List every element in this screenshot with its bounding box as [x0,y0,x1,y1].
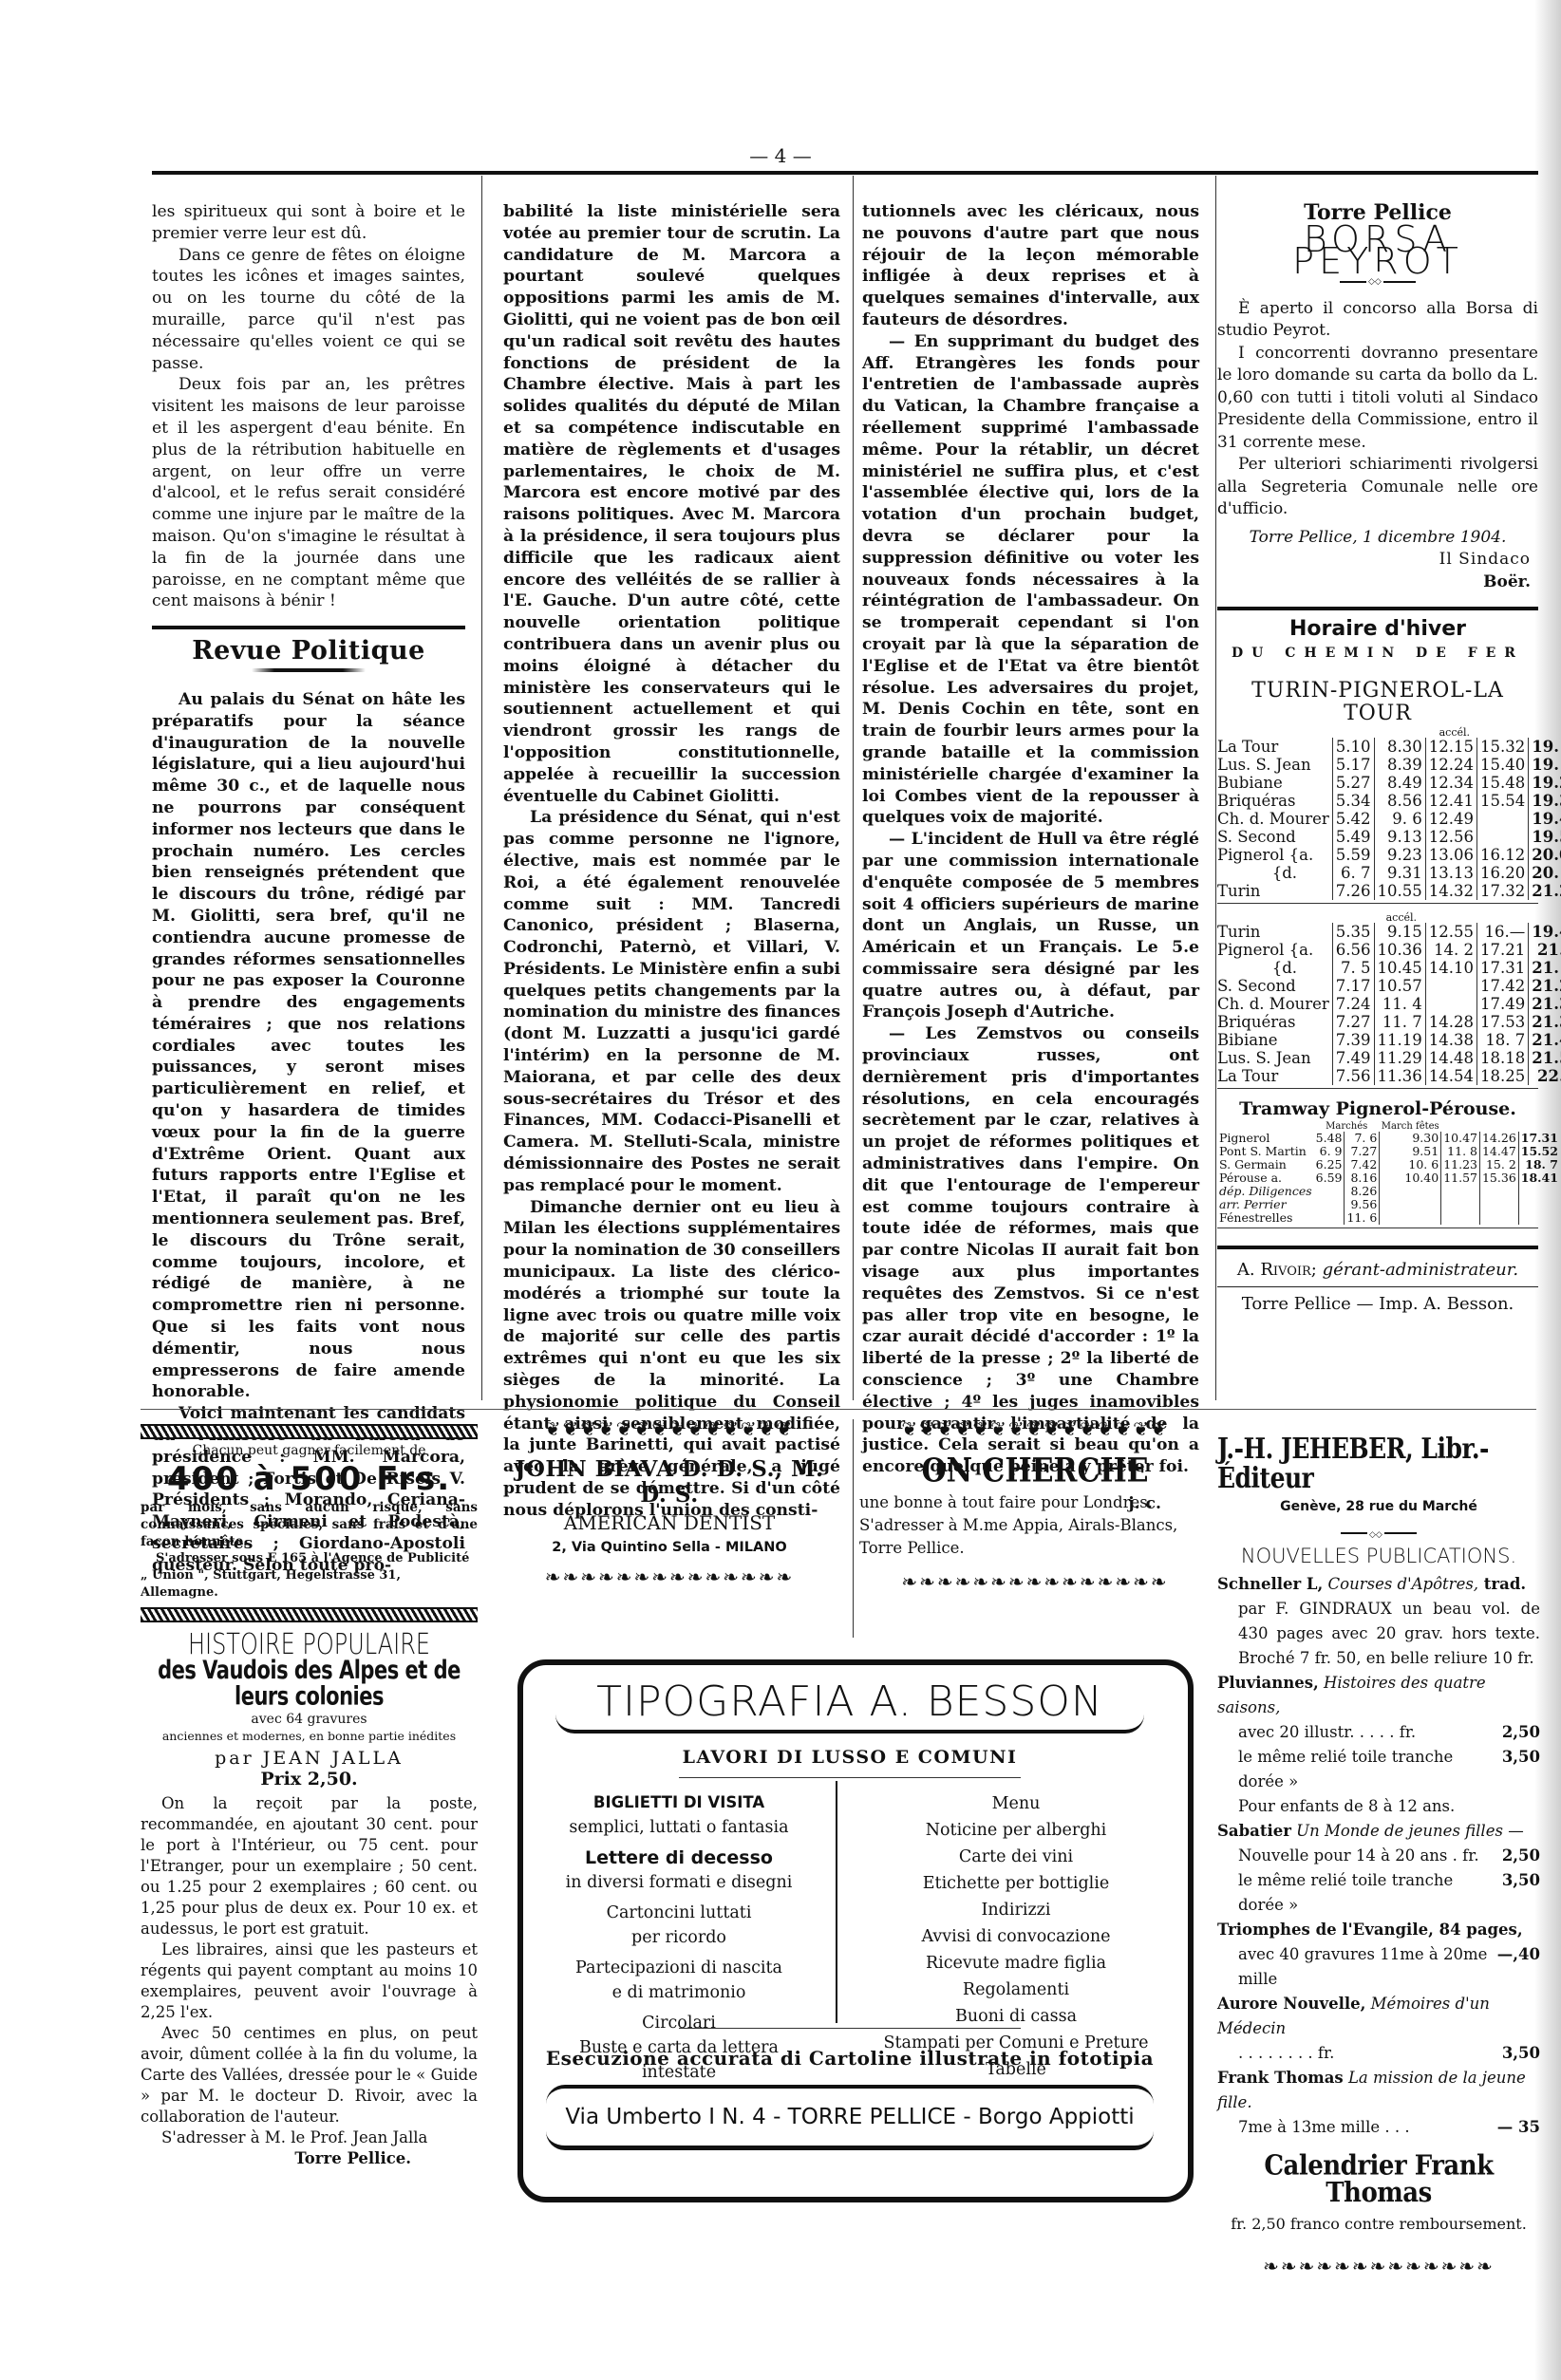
station-name: {d. [1217,959,1332,977]
tram-time: 10. 6 [1380,1158,1441,1171]
ad-money-contact: S'adresser sous E 165 à l'Agence de Publ… [141,1550,478,1602]
departure-time: 19.46 [1529,810,1561,828]
borsa-date: Torre Pellice, 1 dicembre 1904. [1217,527,1538,550]
paragraph: On la reçoit par la poste, recommandée, … [141,1793,478,1940]
tram-row: Pont S. Martin6. 97.279.5111. 814.4715.5… [1217,1145,1560,1158]
service-item: Etichette per bottiglie [869,1870,1163,1897]
departure-time: 9.13 [1374,828,1425,846]
timetable-row: Turin7.2610.5514.3217.3221.28 [1217,882,1561,900]
publication-head: Sabatier Un Monde de jeunes filles — [1217,1819,1540,1844]
tram-time: 9.30 [1380,1132,1441,1145]
tram-time [1314,1198,1345,1211]
section-rule [1217,607,1538,610]
cherche-body: une bonne à tout faire pour Londres. S'a… [859,1491,1211,1560]
departure-time: 21.28 [1529,882,1561,900]
section-rule [1217,1246,1538,1249]
departure-time: 12.34 [1425,774,1476,792]
service-item: in diversi formati e disegni [536,1870,821,1895]
departure-time: 14.10 [1425,959,1476,977]
departure-time: 13.06 [1425,846,1476,864]
departure-time [1425,977,1476,995]
service-item: Noticine per alberghi [869,1817,1163,1844]
station-name: {d. [1217,864,1332,882]
departure-time: 19.18 [1529,756,1561,774]
tram-time: 10.40 [1380,1171,1441,1185]
accel-label: accél. [1217,728,1538,738]
station-name: Ch. d. Mourer [1217,810,1332,828]
column-1: les spiritueux qui sont à boire et le pr… [152,201,465,1577]
service-item: per ricordo [536,1925,821,1950]
manager-name: A. Rivoir [1237,1260,1311,1280]
timetable-return: Turin5.359.1512.5516.—19.40Pignerol {a.6… [1217,923,1561,1085]
timetable-row: La Tour7.5611.3614.5418.2522. 6 [1217,1067,1561,1085]
departure-time: 14.32 [1425,882,1476,900]
rule [679,2028,1021,2029]
tram-time: 14.26 [1479,1132,1518,1145]
departure-time: 7.24 [1332,995,1374,1013]
calendar-subtitle: fr. 2,50 franco contre remboursement. [1217,2212,1540,2237]
departure-time [1477,828,1529,846]
station-name: Bibiane [1217,1031,1332,1049]
departure-time: 7.56 [1332,1067,1374,1085]
paragraph: I concorrenti dovranno presentare le lor… [1217,343,1538,455]
service-item: Lettere di decesso [536,1846,821,1870]
tram-time: 15.52 [1518,1145,1560,1158]
service-item: e di matrimonio [536,1980,821,2005]
departure-time: 20.12 [1529,864,1561,882]
publication-price-line: 7me à 13me mille . . .— 35 [1217,2115,1540,2140]
publication-price-line: Nouvelle pour 14 à 20 ans . fr.2,50 [1217,1844,1540,1868]
departure-time: 11. 7 [1374,1013,1425,1031]
paragraph: — En supprimant du budget des Aff. Etran… [862,331,1199,829]
paragraph: Per ulteriori schiarimenti rivolgersi al… [1217,454,1538,521]
station-name: La Tour [1217,1067,1332,1085]
timetable-row: Bubiane5.278.4912.3415.4819.29 [1217,774,1561,792]
departure-time: 10.45 [1374,959,1425,977]
tram-row: arr. Perrier9.56 [1217,1198,1560,1211]
publication-head: Aurore Nouvelle, Mémoires d'un Médecin [1217,1992,1540,2041]
tram-time: 9.56 [1345,1198,1380,1211]
departure-time: 9.15 [1374,923,1425,941]
station-name: Turin [1217,923,1332,941]
tram-time [1314,1185,1345,1198]
departure-time: 16.12 [1477,846,1529,864]
header-rule [152,171,1538,175]
section-rule [152,626,465,629]
publication-price-line: le même relié toile tranche dorée »3,50 [1217,1868,1540,1918]
tram-time [1479,1185,1518,1198]
publication-head: Triomphes de l'Evangile, 84 pages, [1217,1918,1540,1942]
section-title: Revue Politique [152,641,465,663]
station-name: Fénestrelles [1217,1211,1314,1225]
publication-head: Pluviannes, Histoires des quatre saisons… [1217,1671,1540,1720]
horaire-subtitle: DU CHEMIN DE FER [1217,643,1538,665]
hatched-border [141,1607,478,1622]
ad-left: Chacun peut gagner facilement de 400 à 5… [141,1424,478,2169]
page-number: — 4 — [0,144,1561,167]
departure-time: 21.33 [1529,1013,1561,1031]
tram-time [1380,1198,1441,1211]
departure-time: 14.48 [1425,1049,1476,1067]
tram-time [1479,1211,1518,1225]
tram-row: dép. Diligences8.26 [1217,1185,1560,1198]
departure-time: 17.53 [1477,1013,1529,1031]
departure-time: 14.38 [1425,1031,1476,1049]
departure-time: 11.29 [1374,1049,1425,1067]
accel-label: accél. [1217,913,1538,923]
departure-time: 19.53 [1529,828,1561,846]
station-name: Turin [1217,882,1332,900]
tram-time [1380,1185,1441,1198]
departure-time: 14.54 [1425,1067,1476,1085]
departure-time: 5.59 [1332,846,1374,864]
publication-detail: Pour enfants de 8 à 12 ans. [1217,1794,1540,1819]
departure-time: 12.56 [1425,828,1476,846]
departure-time: 8.56 [1374,792,1425,810]
departure-time: 12.55 [1425,923,1476,941]
departure-time: 9.23 [1374,846,1425,864]
departure-time: 17.32 [1477,882,1529,900]
timetable-row: Lus. S. Jean7.4911.2914.4818.1821.59 [1217,1049,1561,1067]
publication-head: Schneller L, Courses d'Apôtres, trad. [1217,1572,1540,1597]
service-item: Menu [869,1790,1163,1817]
station-name: Ch. d. Mourer [1217,995,1332,1013]
service-item: Indirizzi [869,1897,1163,1923]
station-name: Briquéras [1217,792,1332,810]
tram-time: 17.31 [1518,1132,1560,1145]
tram-time: 6. 9 [1314,1145,1345,1158]
departure-time: 11. 4 [1374,995,1425,1013]
departure-time: 14.28 [1425,1013,1476,1031]
timetable-row: Briquéras7.2711. 714.2817.5321.33 [1217,1013,1561,1031]
departure-time: 13.13 [1425,864,1476,882]
departure-time: 7.39 [1332,1031,1374,1049]
tram-time [1518,1185,1560,1198]
paragraph: Dans ce genre de fêtes on éloigne toutes… [152,245,465,375]
timetable-outbound: La Tour5.108.3012.1515.3219.10Lus. S. Je… [1217,738,1561,900]
departure-time: 22. 6 [1529,1067,1561,1085]
departure-time: 5.35 [1332,923,1374,941]
paragraph: Au palais du Sénat on hâte les préparati… [152,689,465,1403]
calendar-title: Calendrier Frank Thomas [1217,2152,1540,2206]
service-item: Circolari [536,2011,821,2035]
service-item: Carte dei vini [869,1844,1163,1870]
station-name: dép. Diligences [1217,1185,1314,1198]
timetable-row: Pignerol {a.5.599.2313.0616.1220.03 [1217,846,1561,864]
besson-subtitle: LAVORI DI LUSSO E COMUNI [498,1747,1201,1768]
tram-time: 9.51 [1380,1145,1441,1158]
ad-on-cherche: ❦❦❦❦❦❦❦❦❦❦❦❦❦❦❦ ON CHERCHE une bonne à t… [859,1416,1211,1594]
column-rule [853,1419,854,1638]
timetable-row: Ch. d. Mourer7.2411. 417.4921.30 [1217,995,1561,1013]
timetable-row: Ch. d. Mourer5.429. 612.4919.46 [1217,810,1561,828]
service-item: semplici, luttati o fantasia [536,1815,821,1840]
timetable-row: S. Second7.1710.5717.4221.23 [1217,977,1561,995]
horaire-title: Horaire d'hiver [1217,618,1538,641]
tram-time: 7.42 [1345,1158,1380,1171]
service-item: Ricevute madre figlia [869,1950,1163,1977]
departure-time: 19.36 [1529,792,1561,810]
departure-time: 5.42 [1332,810,1374,828]
departure-time: 15.54 [1477,792,1529,810]
service-item: Buoni di cassa [869,2003,1163,2030]
table-rule [1217,903,1538,904]
march-fetes-header: March fêtes [1380,1121,1441,1132]
rule [679,1777,1021,1778]
publication-entry: Pluviannes, Histoires des quatre saisons… [1217,1671,1540,1819]
station-name: Briquéras [1217,1013,1332,1031]
departure-time: 12.49 [1425,810,1476,828]
histoire-price: Prix 2,50. [141,1769,478,1790]
departure-time: 7.17 [1332,977,1374,995]
tram-row: Pérouse a.6.598.1610.4011.5715.3618.41 [1217,1171,1560,1185]
service-item: Avvisi di convocazione [869,1923,1163,1950]
station-name: Pignerol [1217,1132,1314,1145]
timetable-row: {d.7. 510.4514.1017.3121.11 [1217,959,1561,977]
departure-time: 8.39 [1374,756,1425,774]
departure-time: 11.19 [1374,1031,1425,1049]
tram-time [1441,1211,1480,1225]
departure-time: 21.30 [1529,995,1561,1013]
departure-time: 14. 2 [1425,941,1476,959]
publication-entry: Triomphes de l'Evangile, 84 pages,avec 4… [1217,1918,1540,1992]
paragraph: babilité la liste ministérielle sera vot… [503,201,840,807]
timetable-row: Briquéras5.348.5612.4115.5419.36 [1217,792,1561,810]
departure-time: 7.26 [1332,882,1374,900]
paragraph: tutionnels avec les cléricaux, nous ne p… [862,201,1199,331]
ornament-border-icon: ❧❧❧❧❧❧❧❧❧❧❧❧❧❧❧ [859,1569,1211,1594]
station-name: Lus. S. Jean [1217,756,1332,774]
station-name: Bubiane [1217,774,1332,792]
departure-time: 10.57 [1374,977,1425,995]
besson-address: Via Umberto I N. 4 - TORRE PELLICE - Bor… [546,2085,1154,2150]
station-name: Lus. S. Jean [1217,1049,1332,1067]
departure-time: 5.34 [1332,792,1374,810]
column-rule [853,176,854,1400]
service-item: Cartoncini luttati [536,1901,821,1925]
departure-time: 7. 5 [1332,959,1374,977]
departure-time: 17.49 [1477,995,1529,1013]
publication-entry: Frank Thomas La mission de la jeune fill… [1217,2066,1540,2140]
ads-separator [141,1409,1536,1410]
timetable-row: {d.6. 79.3113.1316.2020.12 [1217,864,1561,882]
tram-time: 10.47 [1441,1132,1480,1145]
ad-money-line1: Chacun peut gagner facilement de [141,1443,478,1459]
tram-time: 8.16 [1345,1171,1380,1185]
departure-time: 12.41 [1425,792,1476,810]
departure-time: 21. 2 [1529,941,1561,959]
tram-row: S. Germain6.257.4210. 611.2315. 218. 7 [1217,1158,1560,1171]
column-rule [481,176,482,1400]
tram-time: 15. 2 [1479,1158,1518,1171]
tram-time [1518,1198,1560,1211]
departure-time: 15.40 [1477,756,1529,774]
tram-time [1441,1198,1480,1211]
departure-time [1425,995,1476,1013]
departure-time: 5.49 [1332,828,1374,846]
histoire-subtitle: des Vaudois des Alpes et de leurs coloni… [141,1658,478,1710]
departure-time: 18.18 [1477,1049,1529,1067]
flourish-ornament [252,668,366,672]
tram-time: 18. 7 [1518,1158,1560,1171]
publication-price-line: le même relié toile tranche dorée »3,50 [1217,1745,1540,1794]
departure-time: 18. 7 [1477,1031,1529,1049]
dentist-address: 2, Via Quintino Sella - MILANO [498,1540,840,1555]
tram-time [1518,1211,1560,1225]
departure-time: 15.48 [1477,774,1529,792]
departure-time: 18.25 [1477,1067,1529,1085]
ornament-border-icon: ❦❦❦❦❦❦❦❦❦❦❦❦❦❦ [498,1416,840,1441]
departure-time: 19.29 [1529,774,1561,792]
tram-time: 6.59 [1314,1171,1345,1185]
station-name: Pont S. Martin [1217,1145,1314,1158]
borsa-title: BORSA PEYROT [1217,229,1538,273]
service-item: Partecipazioni di nascita [536,1956,821,1980]
column-rule [1215,176,1216,1400]
tram-time [1314,1211,1345,1225]
publication-price-line: . . . . . . . . fr.3,50 [1217,2041,1540,2066]
departure-time: 19.10 [1529,738,1561,756]
histoire-title: HISTOIRE POPULAIRE [141,1631,478,1658]
ad-money-body: par mois, sans aucun risque, sans connai… [141,1499,478,1550]
departure-time: 17.42 [1477,977,1529,995]
departure-time: 21.23 [1529,977,1561,995]
departure-time: 8.49 [1374,774,1425,792]
ad-tipografia-besson: TIPOGRAFIA A. BESSON LAVORI DI LUSSO E C… [498,1659,1201,2210]
station-name: S. Second [1217,977,1332,995]
signer-name: Boër. [1217,572,1538,594]
tram-time [1479,1198,1518,1211]
jeheber-title: J.-H. JEHEBER, Libr.-Éditeur [1217,1434,1540,1493]
dentist-profession: AMERICAN DENTIST [498,1511,840,1534]
flourish-ornament [1341,1532,1417,1534]
hatched-border [141,1424,478,1439]
departure-time: 6. 7 [1332,864,1374,882]
paragraph: les spiritueux qui sont à boire et le pr… [152,201,465,245]
jeheber-address: Genève, 28 rue du Marché [1217,1494,1540,1519]
signer-title: Il Sindaco [1217,549,1538,572]
tramway-timetable: Marchés March fêtes Pignerol5.487. 69.30… [1217,1121,1560,1225]
besson-tagline: Esecuzione accurata di Cartoline illustr… [498,2047,1201,2070]
ornament-border-icon: ❧❧❧❧❧❧❧❧❧❧❧❧❧ [1217,2254,1540,2278]
table-rule [1217,1227,1538,1228]
service-item: BIGLIETTI DI VISITA [536,1790,821,1815]
column-2: babilité la liste ministérielle sera vot… [503,201,840,1522]
rule [1217,1286,1538,1287]
paragraph: Les libraires, ainsi que les pasteurs et… [141,1940,478,2023]
timetable-row: Bibiane7.3911.1914.3818. 721.48 [1217,1031,1561,1049]
station-name: Pignerol {a. [1217,846,1332,864]
tram-time: 18.41 [1518,1171,1560,1185]
timetable-row: Lus. S. Jean5.178.3912.2415.4019.18 [1217,756,1561,774]
departure-time: 5.10 [1332,738,1374,756]
ad-money-headline: 400 à 500 Frs. [141,1459,478,1499]
tram-time: 15.36 [1479,1171,1518,1185]
publication-detail: par F. GINDRAUX un beau vol. de 430 page… [1217,1597,1540,1671]
publication-list: Schneller L, Courses d'Apôtres, trad.par… [1217,1572,1540,2140]
departure-time: 12.24 [1425,756,1476,774]
tram-time: 11. 8 [1441,1145,1480,1158]
paragraph: Avec 50 centimes en plus, on peut avoir,… [141,2023,478,2127]
printer-line: Torre Pellice — Imp. A. Besson. [1217,1293,1538,1316]
manager-line: A. Rivoir; gérant-administrateur. [1217,1259,1538,1282]
station-name: Pignerol {a. [1217,941,1332,959]
tram-time: 7. 6 [1345,1132,1380,1145]
publication-price-line: avec 40 gravures 11me à 20me mille—,40 [1217,1942,1540,1992]
station-name: S. Second [1217,828,1332,846]
service-item: Regolamenti [869,1977,1163,2003]
departure-time: 20.03 [1529,846,1561,864]
ornament-border-icon: ❧❧❧❧❧❧❧❧❧❧❧❧❧❧ [498,1565,840,1589]
station-name: S. Germain [1217,1158,1314,1171]
departure-time: 21.59 [1529,1049,1561,1067]
departure-time: 16.— [1477,923,1529,941]
station-name: arr. Perrier [1217,1198,1314,1211]
manager-role: gérant-administrateur. [1323,1260,1518,1280]
histoire-line1: avec 64 gravures [141,1712,478,1728]
publication-entry: Sabatier Un Monde de jeunes filles —Nouv… [1217,1819,1540,1918]
departure-time: 17.21 [1477,941,1529,959]
departure-time: 7.27 [1332,1013,1374,1031]
station-name: La Tour [1217,738,1332,756]
publication-price-line: avec 20 illustr. . . . . fr.2,50 [1217,1720,1540,1745]
ornament-border-icon: ❦❦❦❦❦❦❦❦❦❦❦❦❦❦❦ [859,1416,1211,1441]
tram-time: 7.27 [1345,1145,1380,1158]
departure-time: 9.31 [1374,864,1425,882]
tram-time: 11.57 [1441,1171,1480,1185]
departure-time: 10.55 [1374,882,1425,900]
publication-entry: Schneller L, Courses d'Apôtres, trad.par… [1217,1572,1540,1671]
tram-row: Pignerol5.487. 69.3010.4714.2617.31 [1217,1132,1560,1145]
histoire-contact-place: Torre Pellice. [141,2148,478,2169]
station-name: Pérouse a. [1217,1171,1314,1185]
departure-time: 21.11 [1529,959,1561,977]
cherche-title: ON CHERCHE [859,1452,1211,1490]
timetable-row: La Tour5.108.3012.1515.3219.10 [1217,738,1561,756]
ad-dentist: ❦❦❦❦❦❦❦❦❦❦❦❦❦❦ JOHN BIAVA D. D. S., M. D… [498,1416,840,1589]
center-divider [836,1781,837,2023]
departure-time: 16.20 [1477,864,1529,882]
ad-jeheber: J.-H. JEHEBER, Libr.-Éditeur Genève, 28 … [1217,1432,1540,2278]
departure-time [1477,810,1529,828]
besson-left-list: BIGLIETTI DI VISITAsemplici, luttati o f… [536,1790,821,2085]
publication-entry: Aurore Nouvelle, Mémoires d'un Médecin. … [1217,1992,1540,2066]
departure-time: 19.40 [1529,923,1561,941]
dentist-name: JOHN BIAVA D. D. S., M. D. S. [498,1456,840,1508]
publication-head: Frank Thomas La mission de la jeune fill… [1217,2066,1540,2115]
tram-time [1380,1211,1441,1225]
paragraph: È aperto il concorso alla Borsa di studi… [1217,298,1538,343]
timetable-row: Pignerol {a.6.5610.3614. 217.2121. 2 [1217,941,1561,959]
paragraph: La présidence du Sénat, qui n'est pas co… [503,807,840,1196]
departure-time: 21.48 [1529,1031,1561,1049]
column-3: tutionnels avec les cléricaux, nous ne p… [862,201,1199,1515]
besson-right-list: MenuNoticine per alberghiCarte dei viniE… [869,1790,1163,2083]
tram-time: 5.48 [1314,1132,1345,1145]
marches-header: Marchés [1314,1121,1380,1132]
tram-time: 14.47 [1479,1145,1518,1158]
paragraph: — Les Zemstvos ou conseils provinciaux r… [862,1023,1199,1478]
right-column: Torre Pellice BORSA PEYROT È aperto il c… [1217,195,1538,1316]
departure-time: 11.36 [1374,1067,1425,1085]
timetable-row: S. Second5.499.1312.5619.53 [1217,828,1561,846]
departure-time: 6.56 [1332,941,1374,959]
departure-time: 17.31 [1477,959,1529,977]
departure-time: 7.49 [1332,1049,1374,1067]
departure-time: 12.15 [1425,738,1476,756]
tram-time: 8.26 [1345,1185,1380,1198]
histoire-contact: S'adresser à M. le Prof. Jean Jalla [141,2127,478,2148]
